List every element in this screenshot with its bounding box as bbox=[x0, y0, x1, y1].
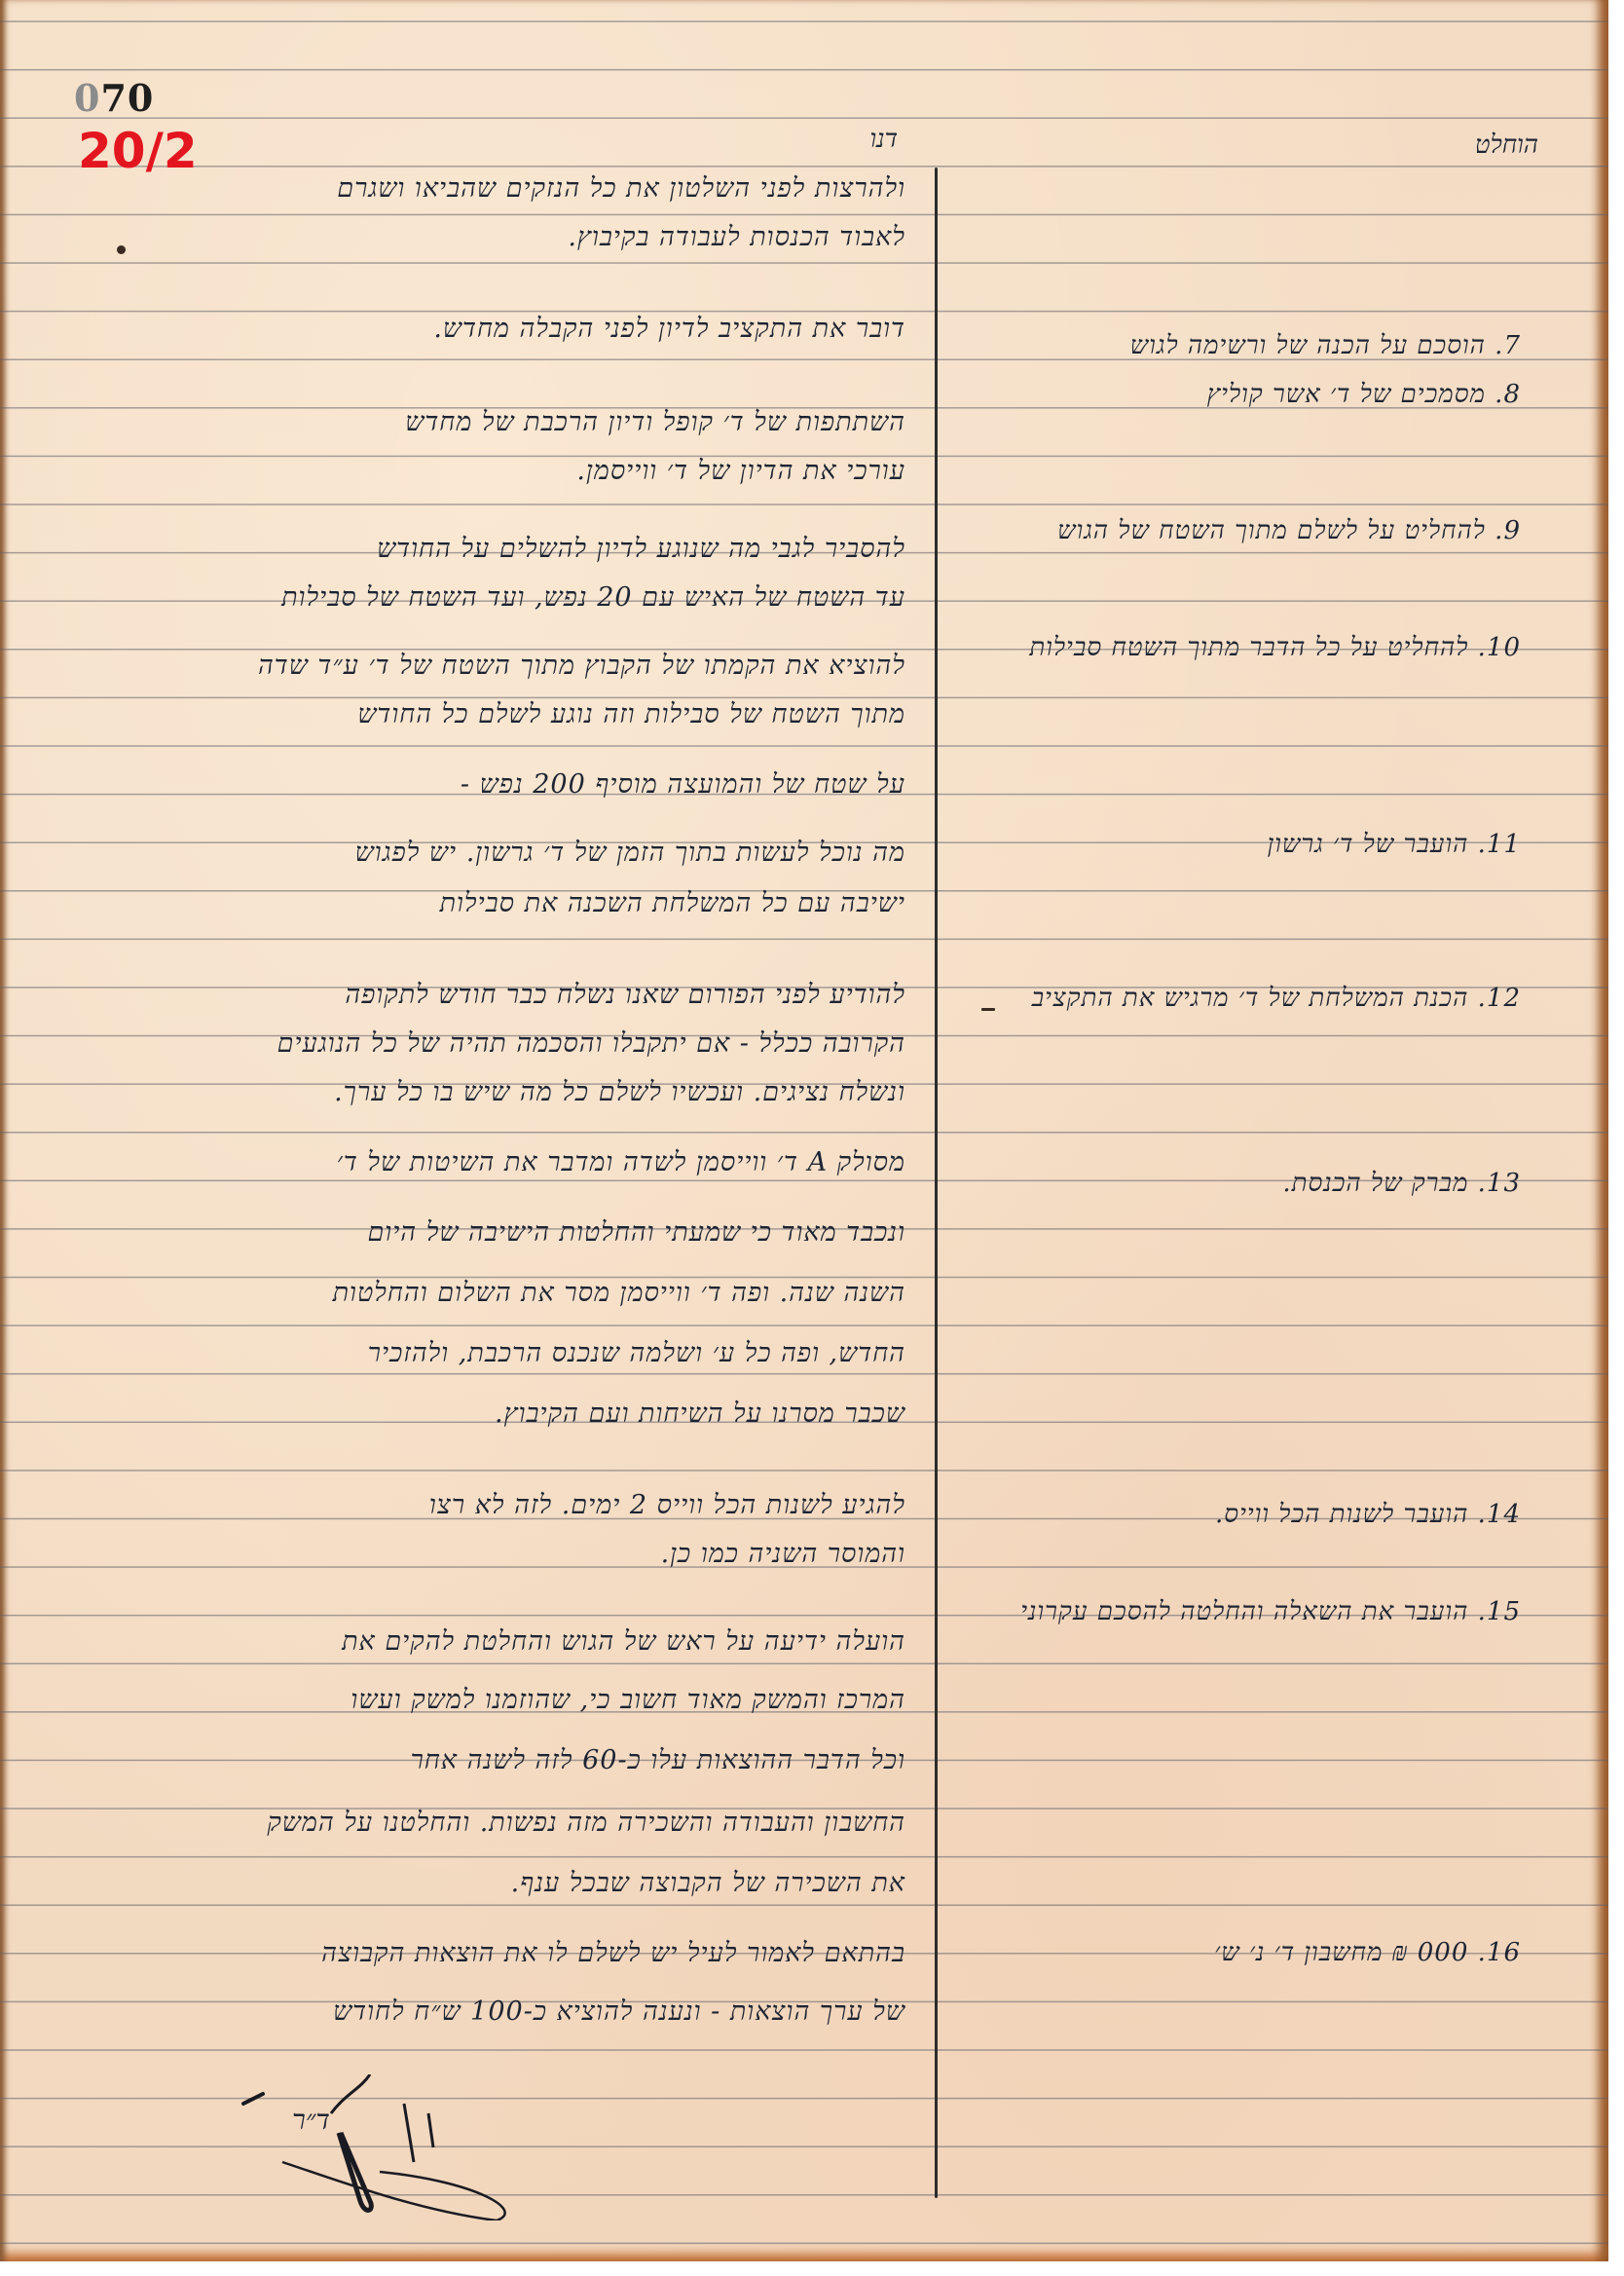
decision-item: 8. מסמכים של ד׳ אשר קוליץ bbox=[1207, 380, 1521, 409]
discussion-line: וכל הדבר ההוצאות עלו כ-60 לזה לשנה אחר bbox=[411, 1745, 905, 1775]
decision-number: 10 bbox=[1487, 633, 1521, 662]
ink-dot bbox=[117, 245, 126, 254]
decision-number: 15 bbox=[1487, 1597, 1521, 1626]
discussion-line: ישיבה עם כל המשלחת השכנה את סבילות bbox=[440, 888, 905, 918]
discussion-line: והמוסר השניה כמו כן. bbox=[661, 1539, 905, 1569]
stamp-digits: 70 bbox=[100, 76, 154, 120]
decision-text: הועבר לשנות הכל ווייס. bbox=[1215, 1500, 1468, 1529]
decision-text: הועבר של ד׳ גרשון bbox=[1268, 830, 1469, 859]
discussion-line: מתוך השטח של סבילות וזה נוגע לשלם כל החו… bbox=[357, 699, 905, 729]
discussion-line: המרכז והמשק מאוד חשוב כי, שהוזמנו למשק ו… bbox=[351, 1685, 905, 1715]
decision-number: 11 bbox=[1487, 830, 1521, 859]
number-separator: . bbox=[1486, 331, 1504, 360]
number-separator: . bbox=[1486, 516, 1504, 545]
discussion-line: מסולק A ד׳ ווייסמן לשדה ומדבר את השיטות … bbox=[337, 1147, 905, 1177]
discussion-line: להודיע לפני הפורום שאנו נשלח כבר חודש לת… bbox=[345, 980, 905, 1010]
ledger-page: 070 20/2 דנו הוחלט ולהרצות לפני השלטון א… bbox=[0, 0, 1608, 2261]
decision-text: 000 ₪ מחשבון ד׳ נ׳ ש׳ bbox=[1214, 1938, 1468, 1967]
decision-item: 15. הועבר את השאלה והחלטה להסכם עקרוני bbox=[1020, 1597, 1521, 1626]
discussion-line: החשבון והעבודה והשכירה מזה נפשות. והחלטנ… bbox=[267, 1808, 905, 1838]
discussion-line: עורכי את הדיון של ד׳ ווייסמן. bbox=[576, 456, 905, 486]
signature-title: ד״ר bbox=[292, 2104, 330, 2137]
margin-dash bbox=[981, 1008, 995, 1011]
decision-text: הוסכם על הכנה של ורשימה לגוש bbox=[1130, 331, 1486, 360]
decision-text: מברק של הכנסת. bbox=[1282, 1169, 1468, 1198]
discussion-line: ונשלח נציגים. ועכשיו לשלם כל מה שיש בו כ… bbox=[334, 1077, 905, 1107]
discussion-line: עד השטח של האיש עם 20 נפש, ועד השטח של ס… bbox=[281, 582, 905, 613]
decision-item: 9. להחליט על לשלם מתוך השטח של הגוש bbox=[1057, 516, 1521, 545]
decision-item: 7. הוסכם על הכנה של ורשימה לגוש bbox=[1130, 331, 1521, 360]
decision-item: 13. מברק של הכנסת. bbox=[1282, 1169, 1521, 1198]
archive-reference: 20/2 bbox=[78, 123, 198, 179]
decision-number: 9 bbox=[1503, 516, 1521, 545]
number-separator: . bbox=[1468, 984, 1487, 1013]
stamp-faded-digit: 0 bbox=[74, 76, 100, 120]
header-discussed: דנו bbox=[869, 125, 898, 154]
decision-item: 12. הכנת המשלחת של ד׳ מרגיש את התקציב bbox=[1032, 984, 1521, 1013]
decision-item: 10. להחליט על כל הדבר מתוך השטח סבילות bbox=[1029, 633, 1521, 662]
decision-number: 8 bbox=[1503, 380, 1521, 409]
decision-text: להחליט על כל הדבר מתוך השטח סבילות bbox=[1029, 633, 1468, 662]
discussion-line: השנה שנה. ופה ד׳ ווייסמן מסר את השלום וה… bbox=[333, 1278, 905, 1308]
discussion-line: שכבר מסרנו על השיחות ועם הקיבוץ. bbox=[495, 1399, 905, 1429]
number-separator: . bbox=[1468, 1500, 1487, 1529]
discussion-line: בהתאם לאמור לעיל יש לשלם לו את הוצאות הק… bbox=[321, 1938, 905, 1968]
decision-text: להחליט על לשלם מתוך השטח של הגוש bbox=[1057, 516, 1486, 545]
discussion-line: לאבוד הכנסות לעבודה בקיבוץ. bbox=[568, 222, 905, 252]
number-separator: . bbox=[1468, 1938, 1487, 1967]
decision-item: 14. הועבר לשנות הכל ווייס. bbox=[1215, 1500, 1521, 1529]
decision-number: 14 bbox=[1487, 1500, 1521, 1529]
decision-text: הועבר את השאלה והחלטה להסכם עקרוני bbox=[1020, 1597, 1468, 1626]
discussion-line: להסביר לגבי מה שנוגע לדיון להשלים על החו… bbox=[377, 534, 905, 564]
decision-number: 13 bbox=[1487, 1169, 1521, 1198]
discussion-line: את השכירה של הקבוצה שבכל ענף. bbox=[511, 1868, 905, 1898]
number-separator: . bbox=[1468, 830, 1487, 859]
discussion-line: הקרובה ככלל - אם יתקבלו והסכמה תהיה של כ… bbox=[277, 1028, 905, 1059]
number-separator: . bbox=[1468, 1597, 1487, 1626]
page-stamp-number: 070 bbox=[74, 76, 154, 120]
signature bbox=[224, 2074, 535, 2220]
discussion-line: הועלה ידיעה על ראש של הגוש והחלטת להקים … bbox=[342, 1626, 905, 1657]
discussion-line: של ערך הוצאות - ונענה להוציא כ-100 ש״ח ל… bbox=[333, 1996, 905, 2027]
column-divider bbox=[935, 168, 938, 2198]
decision-number: 7 bbox=[1503, 331, 1521, 360]
discussion-line: על שטח של והמועצה מוסיף 200 נפש - bbox=[461, 769, 905, 800]
discussion-line: להגיע לשנות הכל ווייס 2 ימים. לזה לא רצו bbox=[429, 1490, 905, 1520]
header-decided: הוחלט bbox=[1475, 131, 1538, 160]
number-separator: . bbox=[1468, 1169, 1487, 1198]
discussion-line: להוציא את הקמתו של הקבוץ מתוך השטח של ד׳… bbox=[258, 651, 905, 681]
decision-number: 12 bbox=[1487, 984, 1521, 1013]
decision-item: 11. הועבר של ד׳ גרשון bbox=[1268, 830, 1521, 859]
decision-item: 16. 000 ₪ מחשבון ד׳ נ׳ ש׳ bbox=[1214, 1938, 1521, 1967]
discussion-line: החדש, ופה כל ע׳ ושלמה שנכנס הרכבת, ולהזכ… bbox=[368, 1338, 905, 1368]
number-separator: . bbox=[1486, 380, 1504, 409]
number-separator: . bbox=[1468, 633, 1487, 662]
discussion-line: מה נוכל לעשות בתוך הזמן של ד׳ גרשון. יש … bbox=[355, 838, 905, 868]
discussion-line: ולהרצות לפני השלטון את כל הנזקים שהביאו … bbox=[337, 173, 905, 204]
discussion-line: דובר את התקציב לדיון לפני הקבלה מחדש. bbox=[433, 314, 905, 344]
decision-text: מסמכים של ד׳ אשר קוליץ bbox=[1207, 380, 1486, 409]
discussion-line: השתתפות של ד׳ קופל ודיון הרכבת של מחדש bbox=[405, 407, 905, 437]
discussion-line: ונכבד מאוד כי שמעתי והחלטות הישיבה של הי… bbox=[367, 1217, 905, 1248]
decision-text: הכנת המשלחת של ד׳ מרגיש את התקציב bbox=[1032, 984, 1469, 1013]
decision-number: 16 bbox=[1487, 1938, 1521, 1967]
